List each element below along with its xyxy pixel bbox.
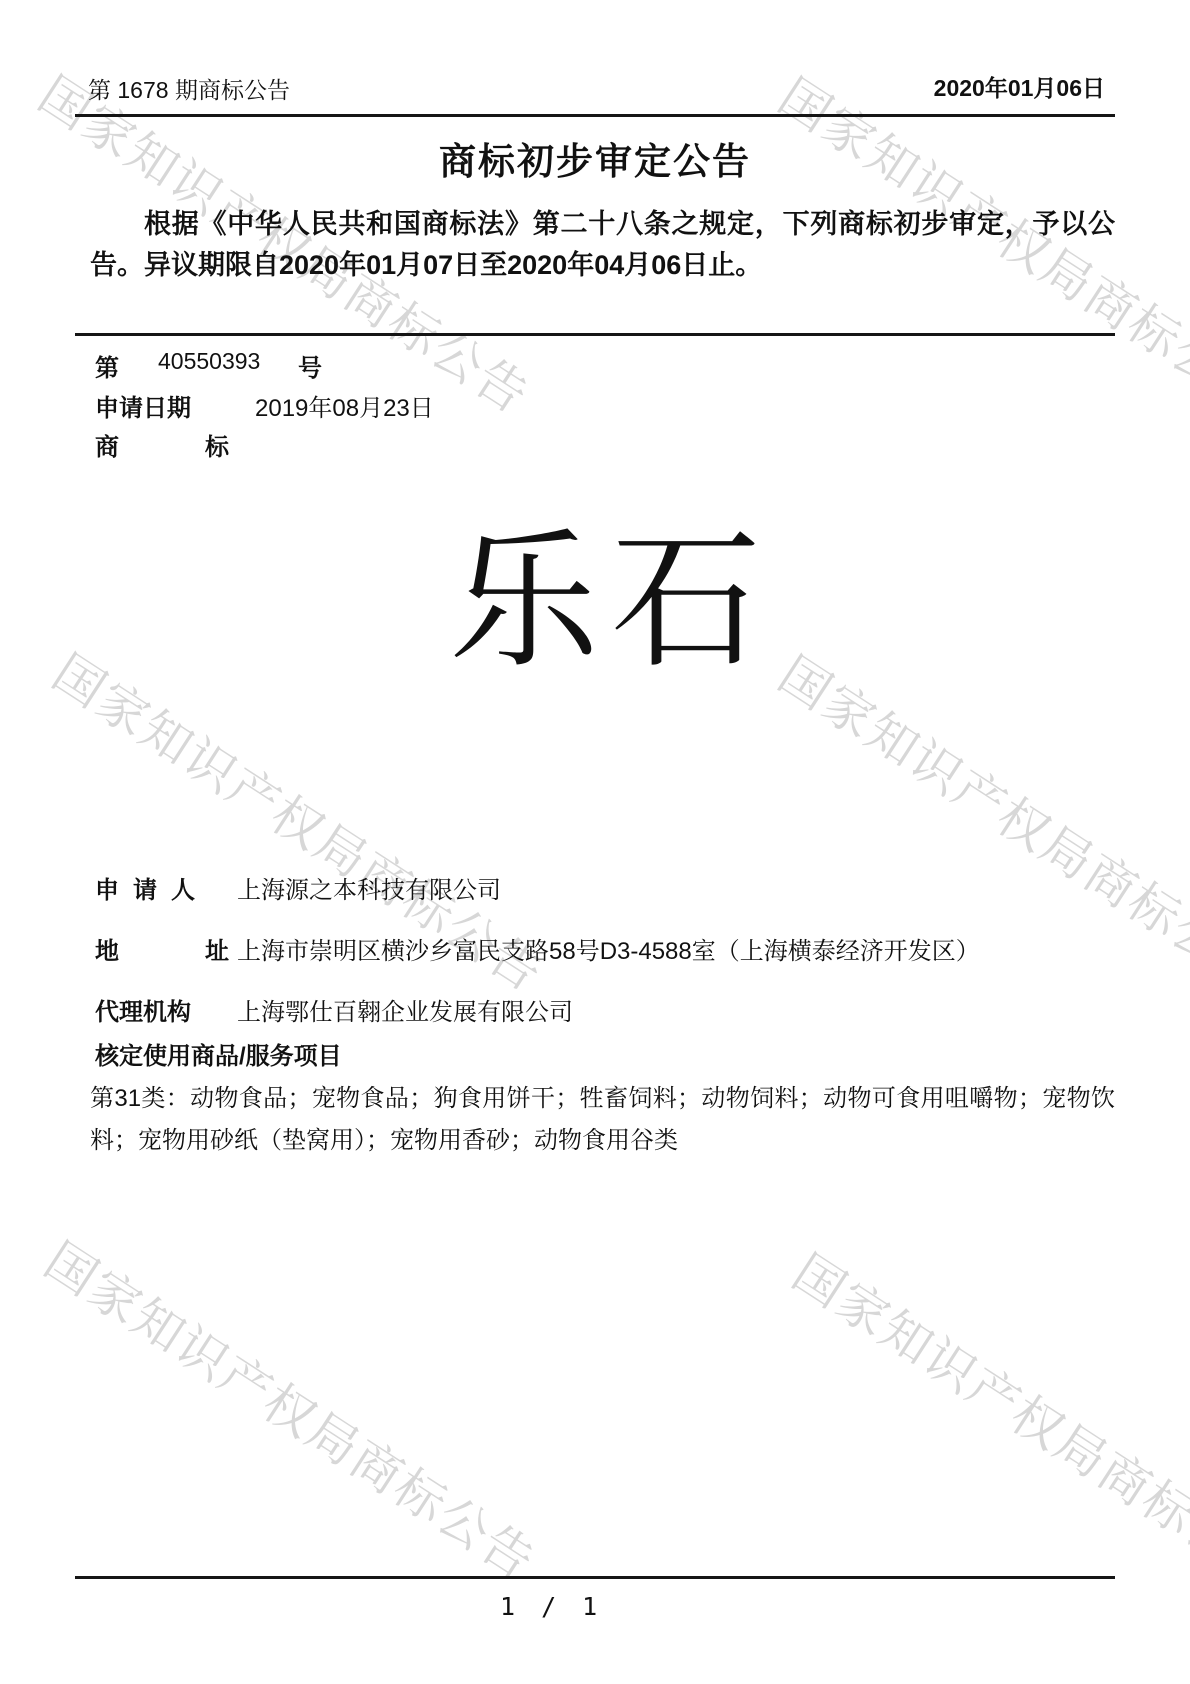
watermark: 国家知识产权局商标公告 bbox=[33, 1222, 552, 1594]
agent-label: 代理机构 bbox=[95, 992, 191, 1027]
trademark-text: 乐石 bbox=[95, 528, 1127, 678]
application-date-value: 2019年08月23日 bbox=[255, 388, 434, 423]
registration-number: 40550393 bbox=[158, 348, 260, 375]
page-title: 商标初步审定公告 bbox=[75, 131, 1115, 185]
total-page-count: 1 bbox=[582, 1592, 597, 1621]
trademark-label: 商标 bbox=[95, 427, 315, 462]
registration-number-row: 第 40550393 号 bbox=[0, 348, 1190, 378]
watermark: 国家知识产权局商标公告 bbox=[781, 1234, 1190, 1606]
agent-row: 代理机构 上海鄂仕百翱企业发展有限公司 bbox=[0, 992, 1190, 1022]
page-separator: / bbox=[541, 1592, 556, 1621]
trademark-label-row: 商标 bbox=[0, 427, 1190, 457]
agent-name: 上海鄂仕百翱企业发展有限公司 bbox=[237, 992, 573, 1027]
gazette-page: { "header": { "issue": "第 1678 期商标公告", "… bbox=[0, 0, 1190, 1684]
footer-rule bbox=[75, 1576, 1115, 1579]
address-row: 地址 上海市崇明区横沙乡富民支路58号D3-4588室（上海横泰经济开发区） bbox=[0, 931, 1190, 961]
application-date-row: 申请日期 2019年08月23日 bbox=[0, 388, 1190, 418]
intro-paragraph: 根据《中华人民共和国商标法》第二十八条之规定，下列商标初步审定，予以公告。异议期… bbox=[90, 204, 1115, 286]
section-divider-rule bbox=[75, 333, 1115, 336]
applicant-label: 申请人 bbox=[95, 870, 209, 905]
applicant-name: 上海源之本科技有限公司 bbox=[237, 870, 501, 905]
registration-number-prefix: 第 bbox=[95, 348, 119, 383]
applicant-row: 申请人 上海源之本科技有限公司 bbox=[0, 870, 1190, 900]
gazette-date: 2020年01月06日 bbox=[934, 70, 1105, 103]
application-date-label: 申请日期 bbox=[95, 388, 191, 423]
header-rule bbox=[75, 114, 1115, 117]
goods-list: 第31类：动物食品；宠物食品；狗食用饼干；牲畜饲料；动物饲料；动物可食用咀嚼物；… bbox=[90, 1078, 1115, 1162]
current-page-number: 1 bbox=[500, 1592, 515, 1621]
address-value: 上海市崇明区横沙乡富民支路58号D3-4588室（上海横泰经济开发区） bbox=[237, 931, 980, 966]
page-indicator: 1 / 1 bbox=[500, 1592, 597, 1621]
gazette-issue: 第 1678 期商标公告 bbox=[88, 72, 290, 105]
registration-number-suffix: 号 bbox=[298, 348, 322, 383]
goods-section-header: 核定使用商品/服务项目 bbox=[95, 1036, 342, 1071]
